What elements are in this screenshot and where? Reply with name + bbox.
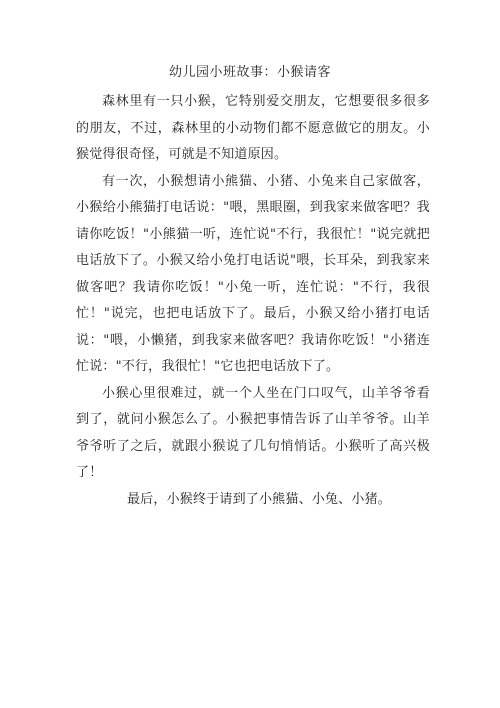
paragraph-ending: 最后，小猴终于请到了小熊猫、小兔、小猪。 xyxy=(76,487,430,514)
document-body: 森林里有一只小猴，它特别爱交朋友，它想要很多很多的朋友，不过，森林里的小动物们都… xyxy=(76,89,430,513)
document-page: 幼儿园小班故事：小猴请客 森林里有一只小猴，它特别爱交朋友，它想要很多很多的朋友… xyxy=(0,0,500,708)
paragraph-goat-grandpa: 小猴心里很难过，就一个人坐在门口叹气，山羊爷爷看到了，就问小猴怎么了。小猴把事情… xyxy=(76,381,430,487)
paragraph-phone-calls: 有一次，小猴想请小熊猫、小猪、小兔来自己家做客，小猴给小熊猫打电话说："喂，黑眼… xyxy=(76,169,430,381)
document-title: 幼儿园小班故事：小猴请客 xyxy=(0,64,500,82)
paragraph-intro: 森林里有一只小猴，它特别爱交朋友，它想要很多很多的朋友，不过，森林里的小动物们都… xyxy=(76,89,430,169)
